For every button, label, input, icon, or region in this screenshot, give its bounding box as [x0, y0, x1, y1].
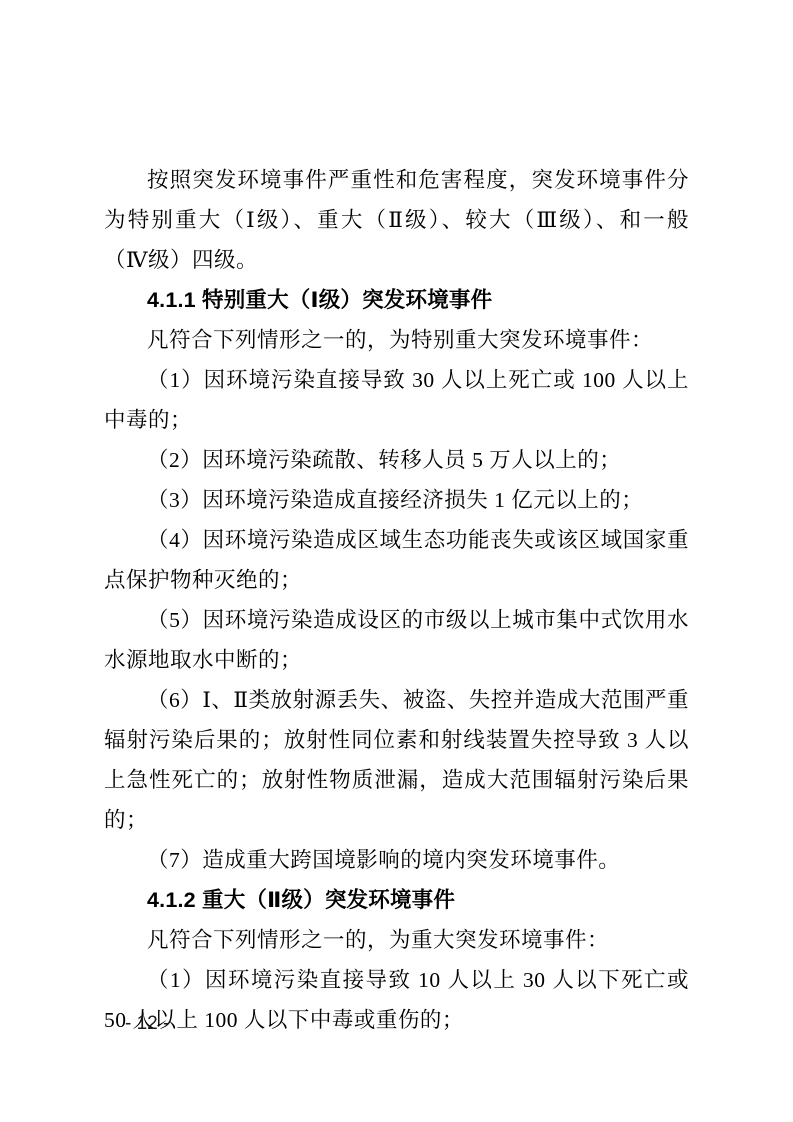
section-heading-4-1-2: 4.1.2 重大（Ⅱ级）突发环境事件 [104, 880, 689, 920]
lead-in-paragraph-2: 凡符合下列情形之一的，为重大突发环境事件： [104, 920, 689, 960]
document-page: 按照突发环境事件严重性和危害程度，突发环境事件分为特别重大（Ⅰ级）、重大（Ⅱ级）… [0, 0, 793, 1122]
criteria-item-1-5: （5）因环境污染造成设区的市级以上城市集中式饮用水水源地取水中断的； [104, 600, 689, 680]
criteria-item-1-1: （1）因环境污染直接导致 30 人以上死亡或 100 人以上中毒的； [104, 360, 689, 440]
criteria-item-2-1: （1）因环境污染直接导致 10 人以上 30 人以下死亡或 50 人以上 100… [104, 960, 689, 1040]
lead-in-paragraph-1: 凡符合下列情形之一的，为特别重大突发环境事件： [104, 320, 689, 360]
intro-paragraph: 按照突发环境事件严重性和危害程度，突发环境事件分为特别重大（Ⅰ级）、重大（Ⅱ级）… [104, 160, 689, 280]
criteria-item-1-7: （7）造成重大跨国境影响的境内突发环境事件。 [104, 840, 689, 880]
criteria-item-1-3: （3）因环境污染造成直接经济损失 1 亿元以上的； [104, 480, 689, 520]
section-heading-4-1-1: 4.1.1 特别重大（Ⅰ级）突发环境事件 [104, 280, 689, 320]
criteria-item-1-6: （6）Ⅰ、Ⅱ类放射源丢失、被盗、失控并造成大范围严重辐射污染后果的；放射性同位素… [104, 680, 689, 840]
criteria-item-1-4: （4）因环境污染造成区域生态功能丧失或该区域国家重点保护物种灭绝的； [104, 520, 689, 600]
document-body: 按照突发环境事件严重性和危害程度，突发环境事件分为特别重大（Ⅰ级）、重大（Ⅱ级）… [104, 160, 689, 1040]
criteria-item-1-2: （2）因环境污染疏散、转移人员 5 万人以上的； [104, 440, 689, 480]
page-number: - 12 - [125, 1011, 169, 1037]
